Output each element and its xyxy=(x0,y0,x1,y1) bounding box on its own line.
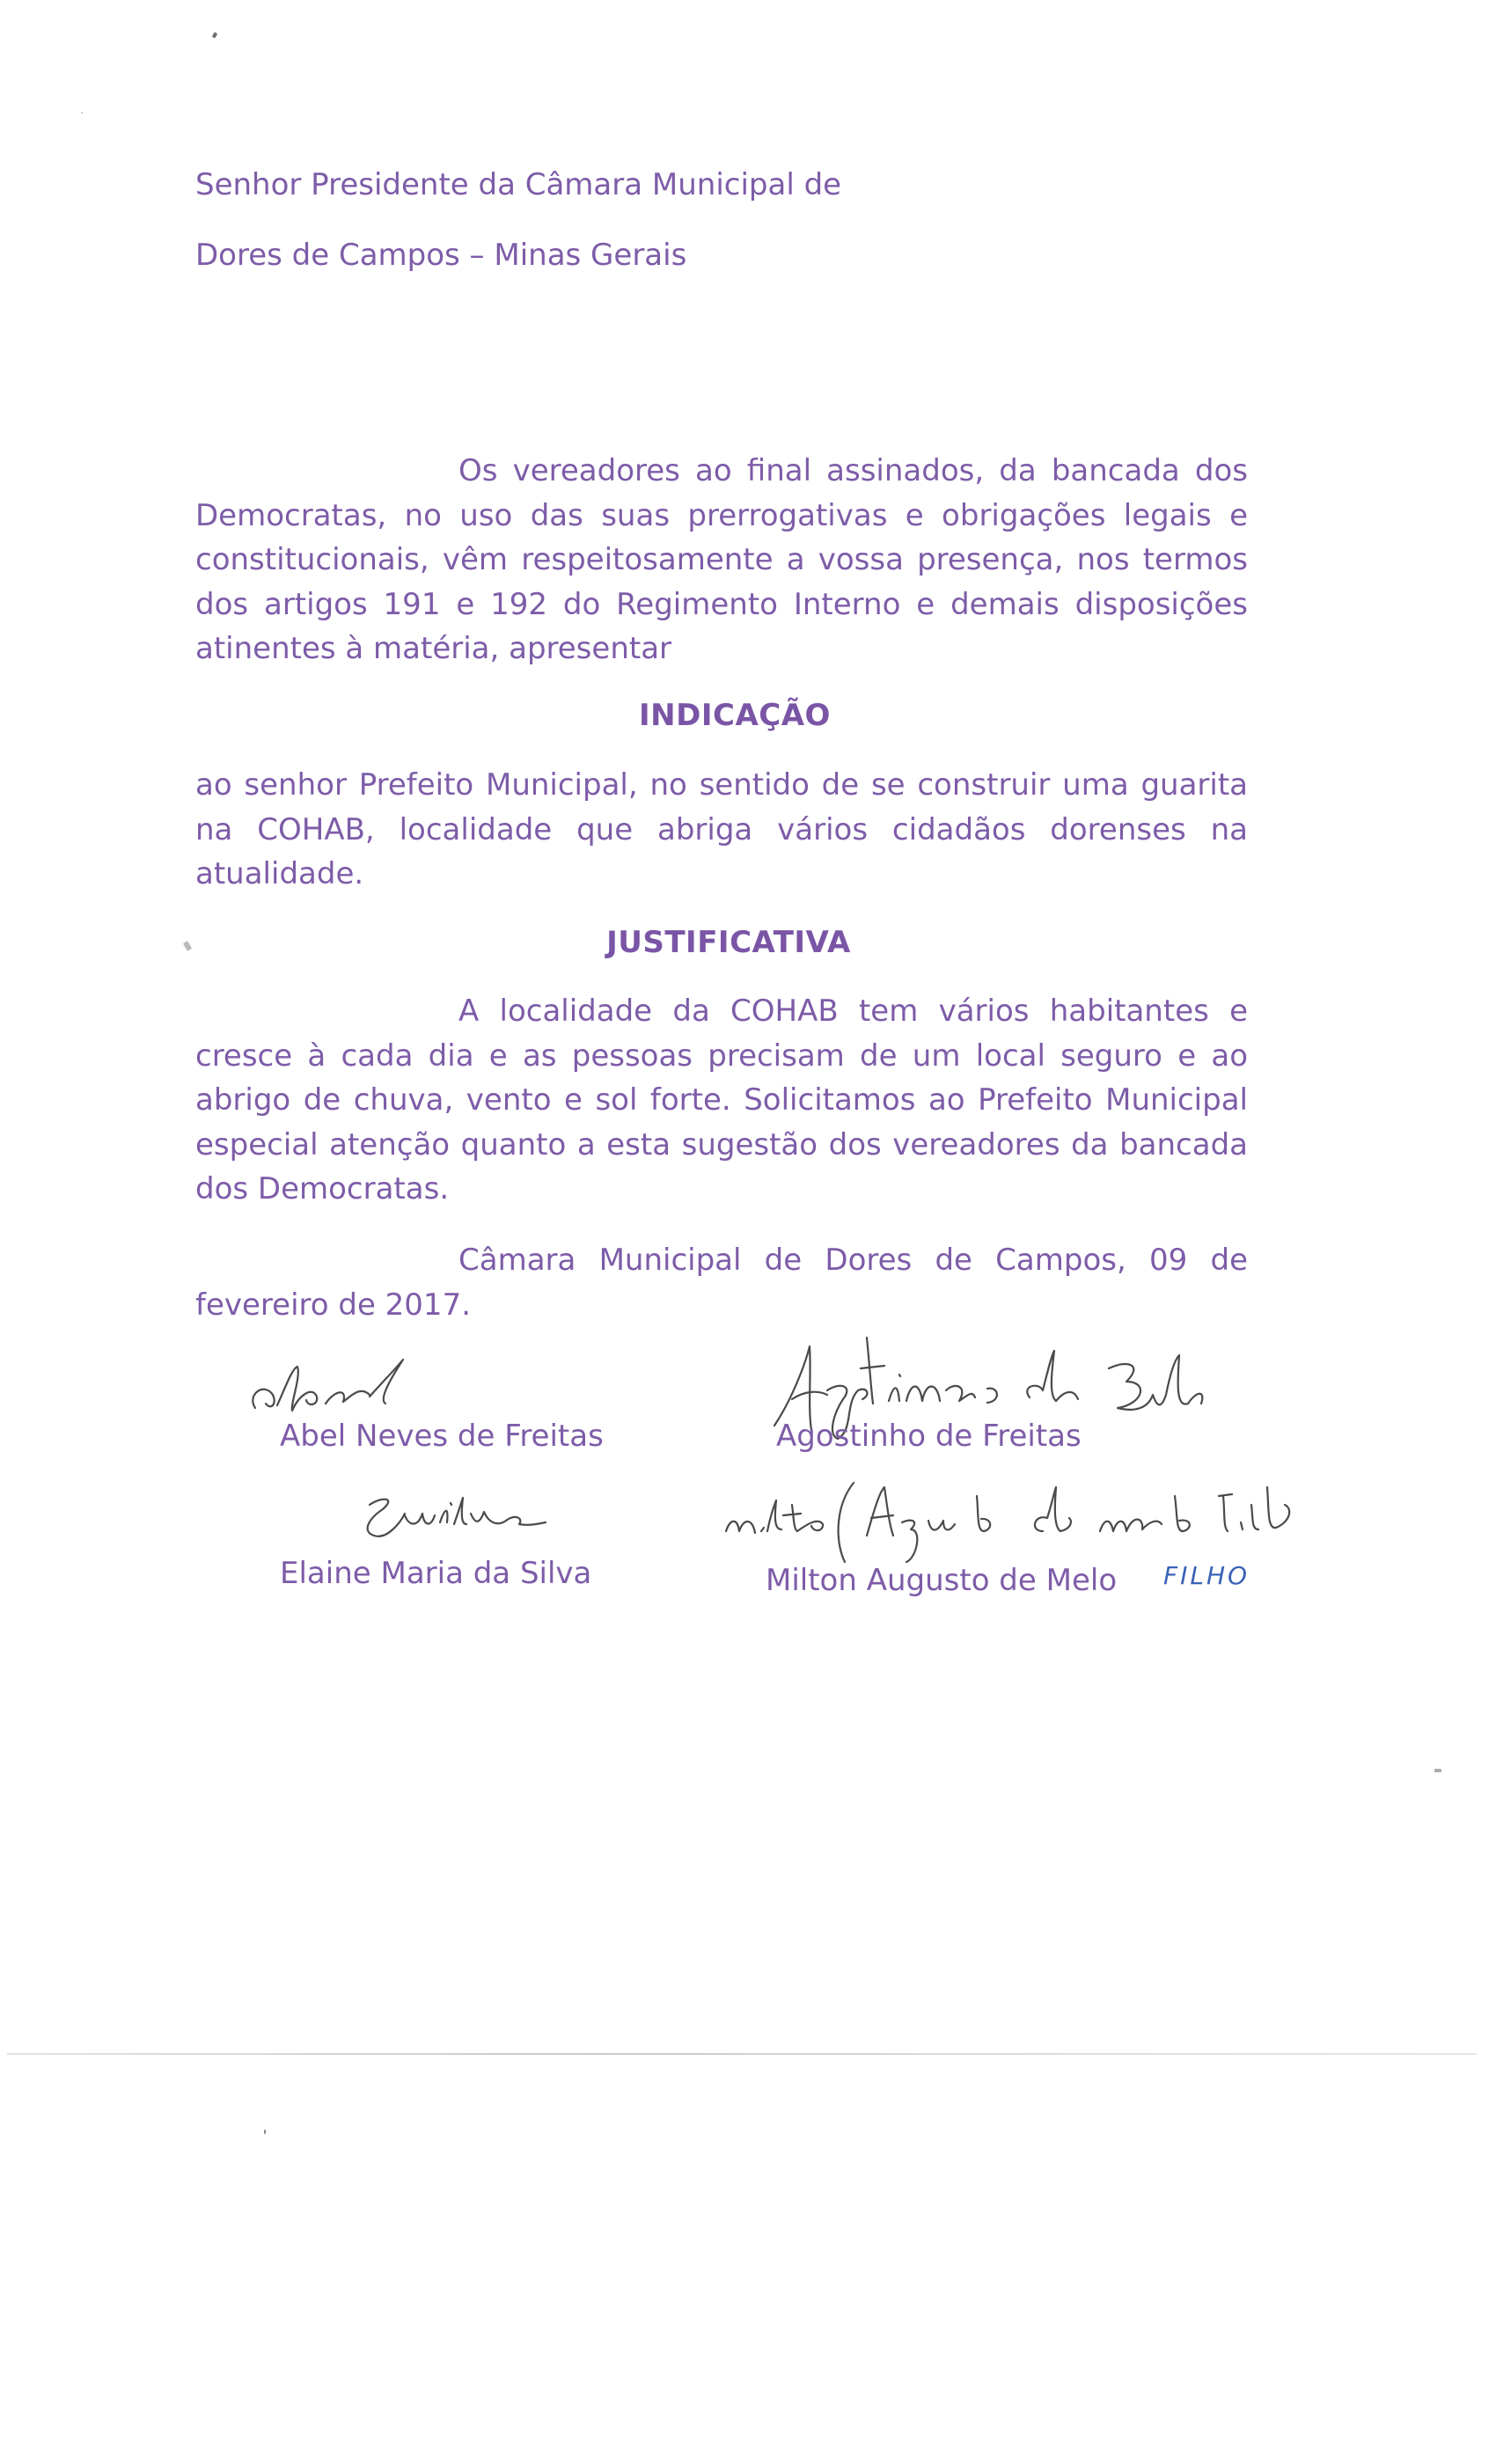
signature-elaine xyxy=(343,1487,554,1558)
closing-text: Câmara Municipal de Dores de Campos, 09 … xyxy=(195,1243,1248,1323)
indicacao-paragraph: ao senhor Prefeito Municipal, no sentido… xyxy=(195,763,1248,897)
signatory-name: Elaine Maria da Silva xyxy=(280,1556,591,1591)
indicacao-heading: INDICAÇÃO xyxy=(0,698,1483,733)
scanned-letter-page: Senhor Presidente da Câmara Municipal de… xyxy=(0,0,1496,2464)
justificativa-heading: JUSTIFICATIVA xyxy=(0,925,1477,960)
signatory-name: Abel Neves de Freitas xyxy=(280,1419,604,1454)
address-line-1: Senhor Presidente da Câmara Municipal de xyxy=(195,167,841,202)
address-line-2: Dores de Campos – Minas Gerais xyxy=(195,238,686,273)
signature-abel xyxy=(238,1342,431,1421)
intro-paragraph: Os vereadores ao final assinados, da ban… xyxy=(195,449,1248,671)
handwritten-filho-annotation: FILHO xyxy=(1163,1561,1250,1590)
justificativa-paragraph: A localidade da COHAB tem vários habitan… xyxy=(195,989,1248,1212)
signature-milton xyxy=(713,1470,1434,1566)
scan-speck xyxy=(81,112,83,114)
signatory-name: Milton Augusto de Melo xyxy=(766,1563,1117,1598)
closing-paragraph: Câmara Municipal de Dores de Campos, 09 … xyxy=(195,1238,1248,1327)
signatory-name: Agostinho de Freitas xyxy=(776,1419,1082,1454)
justificativa-text: A localidade da COHAB tem vários habitan… xyxy=(195,994,1248,1206)
scan-speck xyxy=(264,2130,266,2134)
scan-speck xyxy=(212,32,217,38)
scan-speck xyxy=(1434,1769,1441,1772)
intro-text: Os vereadores ao final assinados, da ban… xyxy=(195,453,1248,666)
scan-edge-line xyxy=(7,2053,1477,2055)
